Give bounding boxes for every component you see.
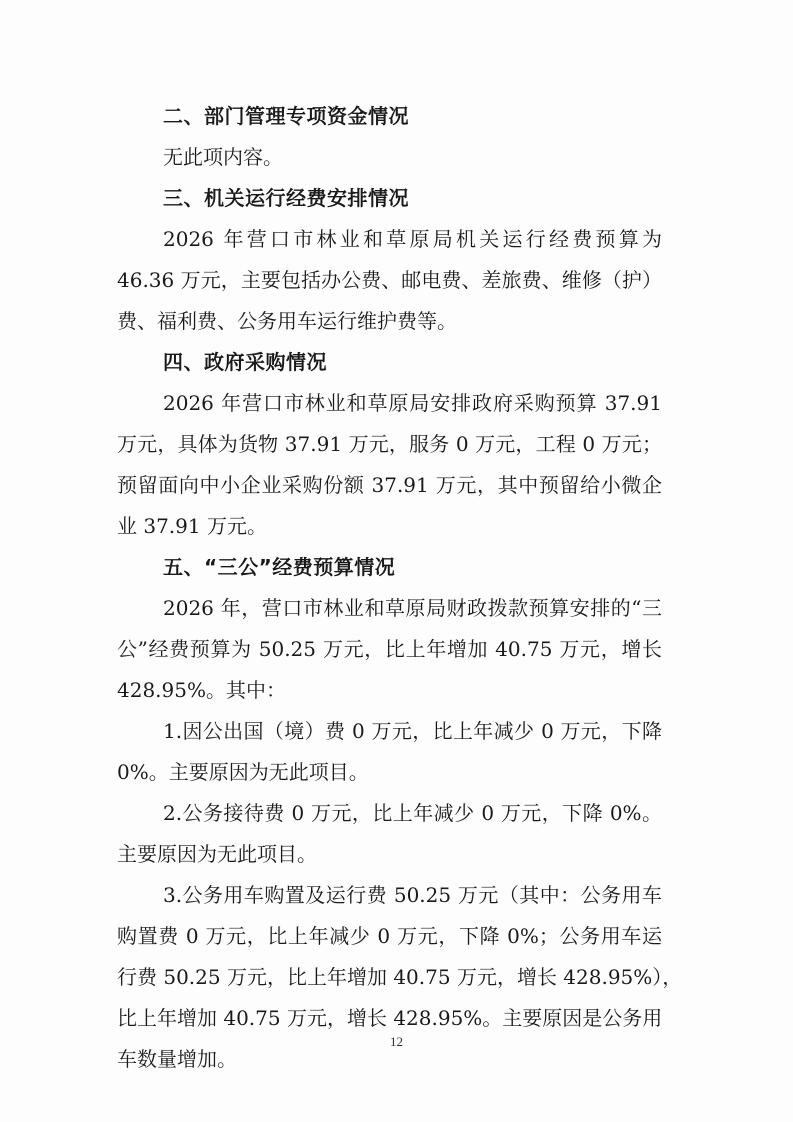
paragraph-line: 预留面向中小企业采购份额 37.91 万元，其中预留给小微企: [117, 465, 662, 506]
section-three-public-expenses: 五、“三公”经费预算情况 2026 年，营口市林业和草原局财政拨款预算安排的“三…: [117, 547, 662, 1080]
paragraph-line: 费、福利费、公务用车运行维护费等。: [117, 301, 662, 342]
paragraph: 2026 年营口市林业和草原局安排政府采购预算 37.91 万元，具体为货物 3…: [117, 383, 662, 547]
paragraph-line: 428.95%。其中：: [117, 670, 662, 711]
paragraph-line: 万元，具体为货物 37.91 万元，服务 0 万元，工程 0 万元；: [117, 424, 662, 465]
paragraph-line: 购置费 0 万元，比上年减少 0 万元，下降 0%；公务用车运: [117, 916, 662, 957]
document-page: 二、部门管理专项资金情况 无此项内容。 三、机关运行经费安排情况 2026 年营…: [117, 96, 662, 1080]
paragraph-line: 主要原因为无此项目。: [117, 834, 662, 875]
section-heading: 三、机关运行经费安排情况: [117, 178, 662, 219]
paragraph: 2026 年，营口市林业和草原局财政拨款预算安排的“三 公”经费预算为 50.2…: [117, 588, 662, 711]
paragraph-line: 2026 年营口市林业和草原局安排政府采购预算 37.91: [117, 383, 662, 424]
paragraph-item-1: 1.因公出国（境）费 0 万元，比上年减少 0 万元，下降 0%。主要原因为无此…: [117, 711, 662, 793]
paragraph-line: 0%。主要原因为无此项目。: [117, 752, 662, 793]
paragraph-line: 无此项内容。: [117, 137, 662, 178]
section-heading: 五、“三公”经费预算情况: [117, 547, 662, 588]
section-heading: 二、部门管理专项资金情况: [117, 96, 662, 137]
paragraph-line: 行费 50.25 万元，比上年增加 40.75 万元，增长 428.95%），: [117, 957, 662, 998]
paragraph-line: 1.因公出国（境）费 0 万元，比上年减少 0 万元，下降: [117, 711, 662, 752]
paragraph-line: 2026 年，营口市林业和草原局财政拨款预算安排的“三: [117, 588, 662, 629]
paragraph-line: 比上年增加 40.75 万元，增长 428.95%。主要原因是公务用: [117, 998, 662, 1039]
paragraph-line: 46.36 万元，主要包括办公费、邮电费、差旅费、维修（护）: [117, 260, 662, 301]
paragraph: 无此项内容。: [117, 137, 662, 178]
page-number: 12: [0, 1034, 793, 1050]
paragraph-line: 业 37.91 万元。: [117, 506, 662, 547]
paragraph: 2026 年营口市林业和草原局机关运行经费预算为 46.36 万元，主要包括办公…: [117, 219, 662, 342]
section-government-procurement: 四、政府采购情况 2026 年营口市林业和草原局安排政府采购预算 37.91 万…: [117, 342, 662, 547]
paragraph-line: 2.公务接待费 0 万元，比上年减少 0 万元，下降 0%。: [117, 793, 662, 834]
paragraph-line: 2026 年营口市林业和草原局机关运行经费预算为: [117, 219, 662, 260]
section-operating-expenses: 三、机关运行经费安排情况 2026 年营口市林业和草原局机关运行经费预算为 46…: [117, 178, 662, 342]
paragraph-item-2: 2.公务接待费 0 万元，比上年减少 0 万元，下降 0%。 主要原因为无此项目…: [117, 793, 662, 875]
paragraph-line: 3.公务用车购置及运行费 50.25 万元（其中：公务用车: [117, 875, 662, 916]
section-special-funds: 二、部门管理专项资金情况 无此项内容。: [117, 96, 662, 178]
section-heading: 四、政府采购情况: [117, 342, 662, 383]
paragraph-line: 公”经费预算为 50.25 万元，比上年增加 40.75 万元，增长: [117, 629, 662, 670]
